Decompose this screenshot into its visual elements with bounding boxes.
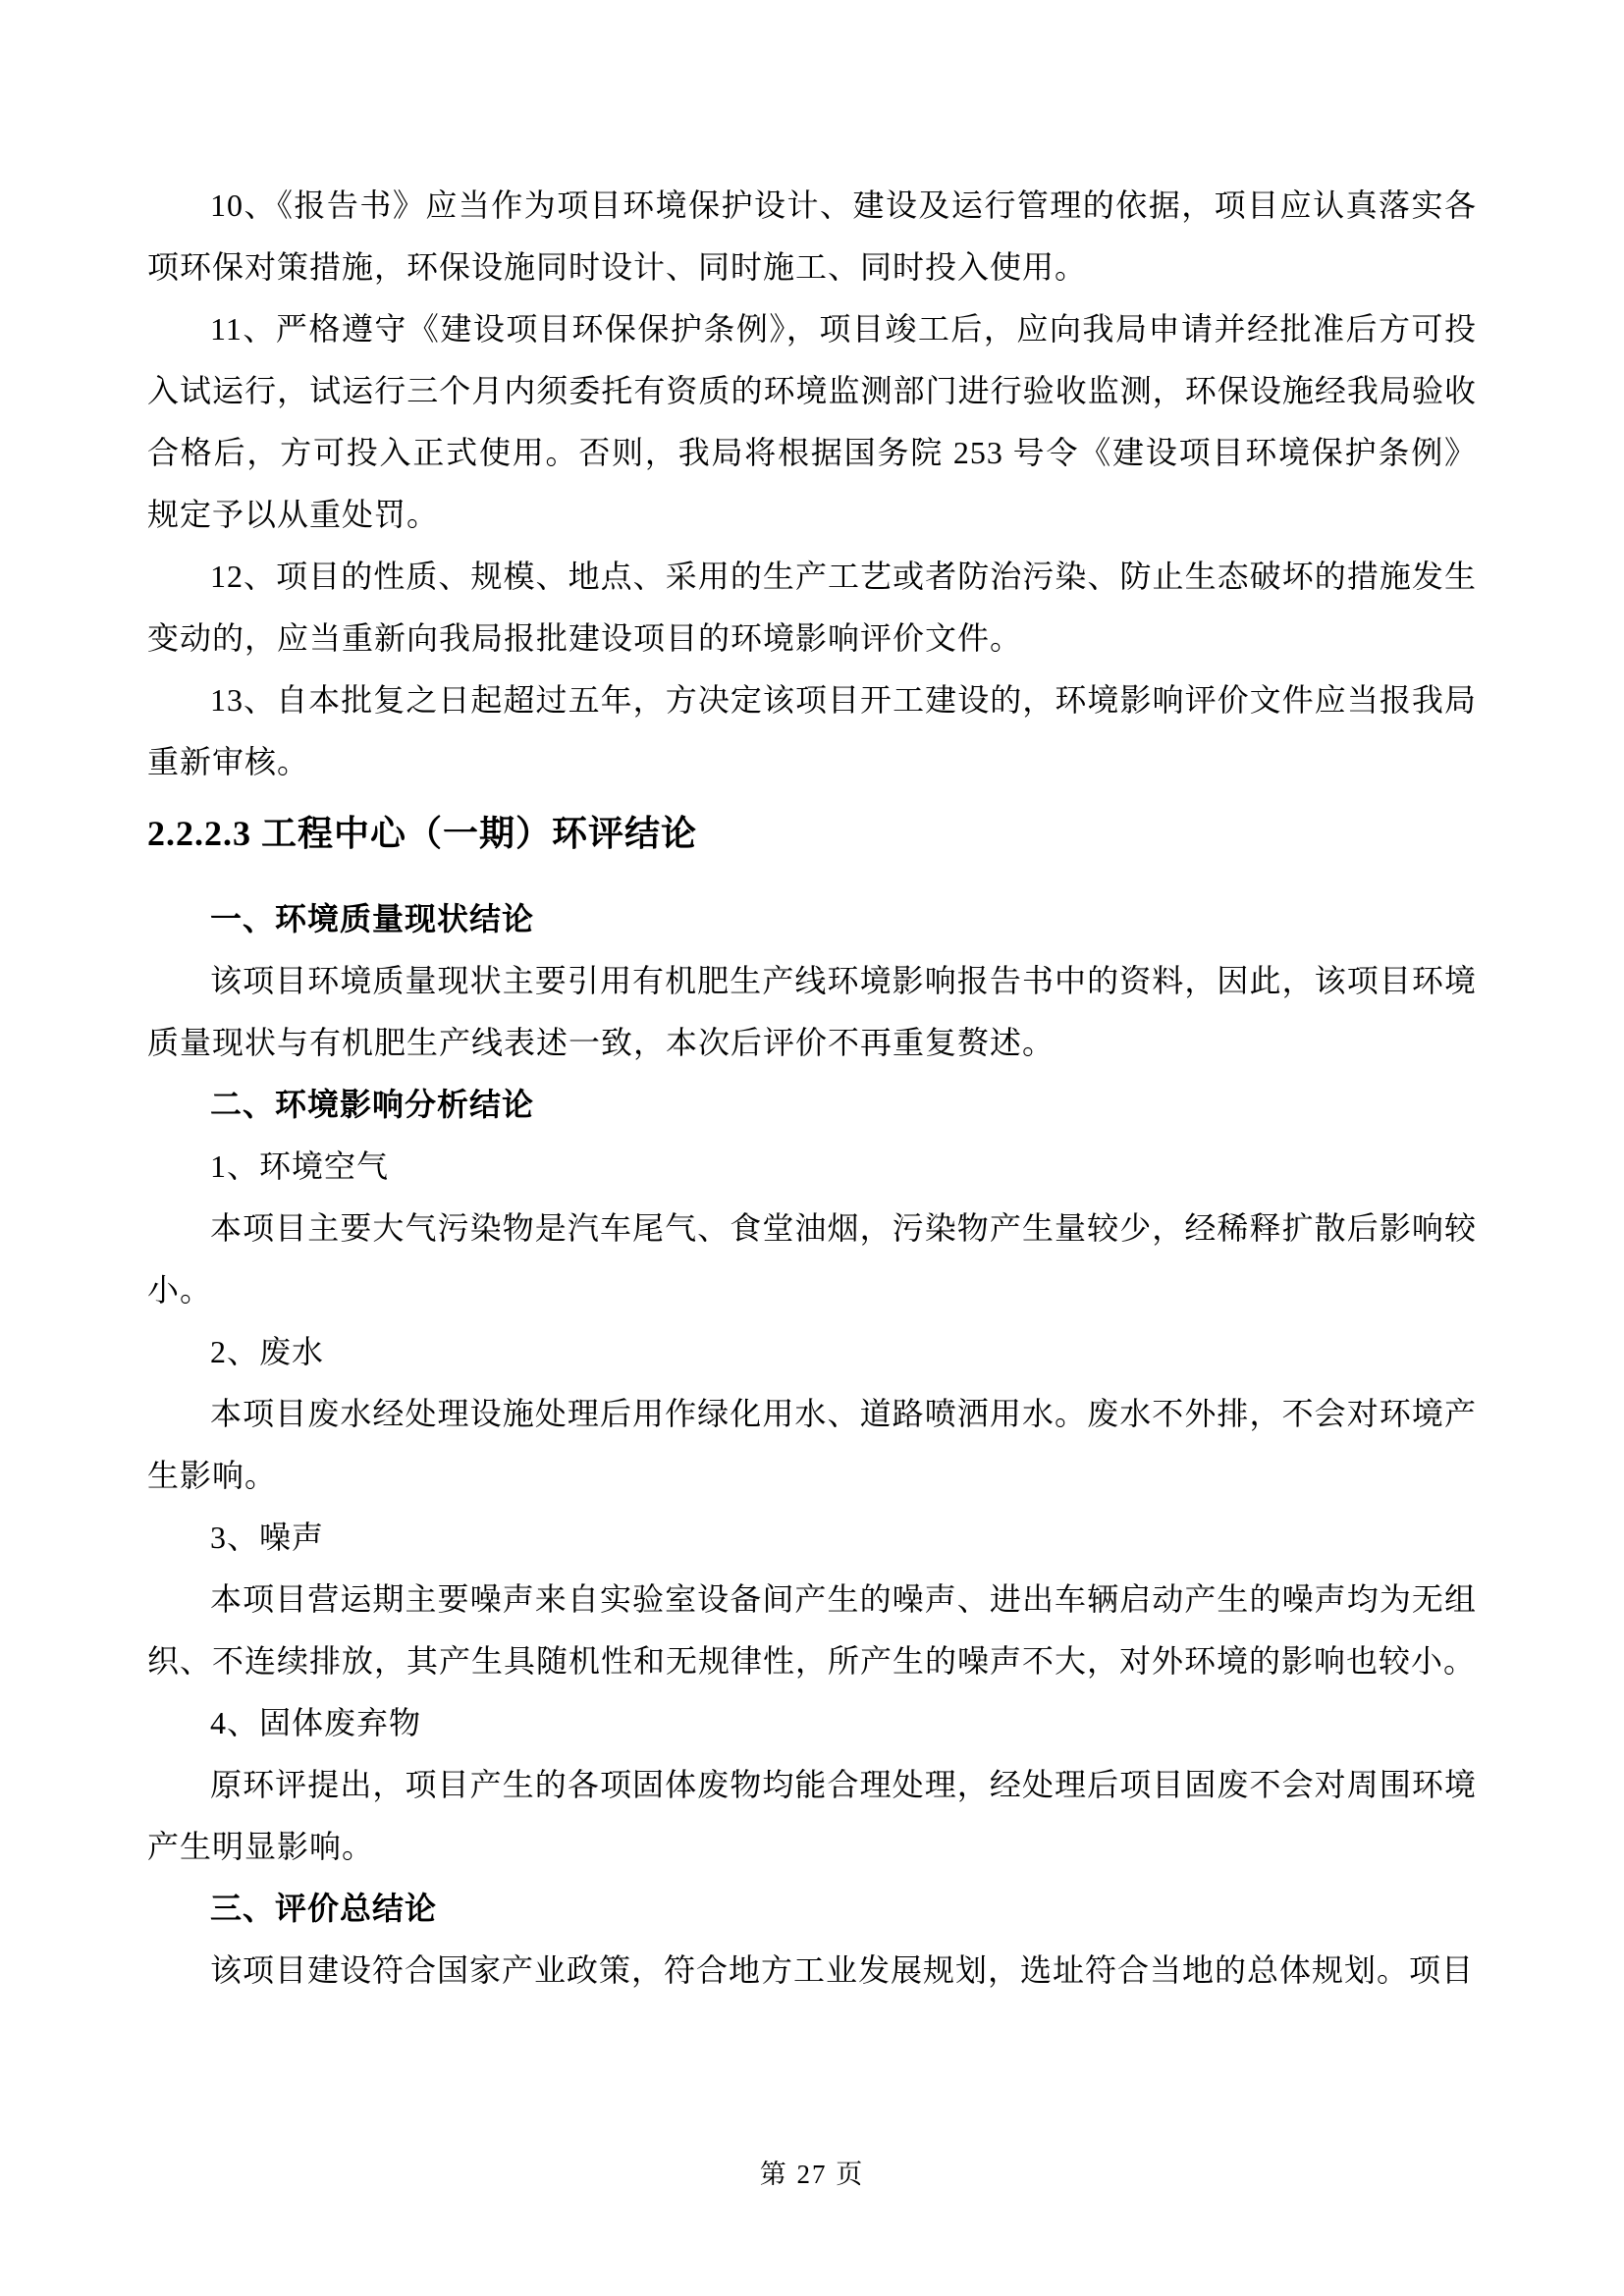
page-number: 第 27 页 xyxy=(760,2160,865,2189)
item-1-air: 1、环境空气 xyxy=(147,1136,1477,1198)
subheading-env-quality: 一、环境质量现状结论 xyxy=(147,888,1477,950)
item-4-solid-waste: 4、固体废弃物 xyxy=(147,1692,1477,1754)
para-solid-waste: 原环评提出，项目产生的各项固体废物均能合理处理，经处理后项目固废不会对周围环境产… xyxy=(147,1754,1477,1878)
document-body: 10、《报告书》应当作为项目环境保护设计、建设及运行管理的依据，项目应认真落实各… xyxy=(147,175,1477,2002)
para-noise: 本项目营运期主要噪声来自实验室设备间产生的噪声、进出车辆启动产生的噪声均为无组织… xyxy=(147,1569,1477,1692)
para-overall-conclusion: 该项目建设符合国家产业政策，符合地方工业发展规划，选址符合当地的总体规划。项目 xyxy=(147,1940,1477,2002)
para-11: 11、严格遵守《建设项目环保保护条例》，项目竣工后，应向我局申请并经批准后方可投… xyxy=(147,298,1477,546)
para-12: 12、项目的性质、规模、地点、采用的生产工艺或者防治污染、防止生态破坏的措施发生… xyxy=(147,546,1477,669)
para-env-quality: 该项目环境质量现状主要引用有机肥生产线环境影响报告书中的资料，因此，该项目环境质… xyxy=(147,950,1477,1074)
page-footer: 第 27 页 xyxy=(0,2158,1624,2191)
para-10: 10、《报告书》应当作为项目环境保护设计、建设及运行管理的依据，项目应认真落实各… xyxy=(147,175,1477,298)
para-wastewater: 本项目废水经处理设施处理后用作绿化用水、道路喷洒用水。废水不外排，不会对环境产生… xyxy=(147,1383,1477,1507)
para-air: 本项目主要大气污染物是汽车尾气、食堂油烟，污染物产生量较少，经稀释扩散后影响较小… xyxy=(147,1198,1477,1321)
subheading-impact-analysis: 二、环境影响分析结论 xyxy=(147,1074,1477,1136)
item-3-noise: 3、噪声 xyxy=(147,1507,1477,1569)
section-heading-2223: 2.2.2.3 工程中心（一期）环评结论 xyxy=(147,803,1477,865)
document-page: 10、《报告书》应当作为项目环境保护设计、建设及运行管理的依据，项目应认真落实各… xyxy=(0,0,1624,2296)
subheading-overall-conclusion: 三、评价总结论 xyxy=(147,1878,1477,1940)
item-2-wastewater: 2、废水 xyxy=(147,1321,1477,1383)
para-13: 13、自本批复之日起超过五年，方决定该项目开工建设的，环境影响评价文件应当报我局… xyxy=(147,669,1477,793)
